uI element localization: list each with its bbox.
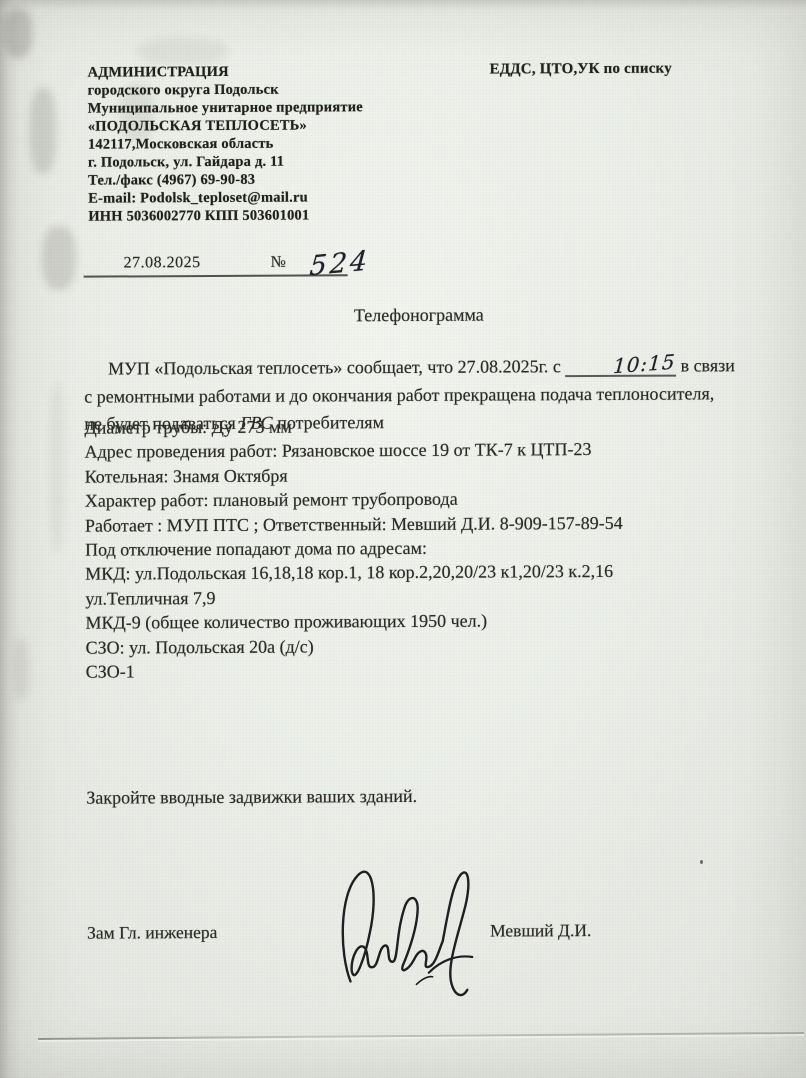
letterhead-line: Тел./факс (4967) 69-90-83 [88,170,363,189]
number-sign: № [271,254,286,275]
document-content: АДМИНИСТРАЦИЯ городского округа Подольск… [0,0,806,1078]
detail-line-affected-header: Под отключение попадают дома по адресам: [85,534,755,562]
document-date: 27.08.2025 [124,254,201,275]
detail-line-boiler-house: Котельная: Знамя Октября [85,461,755,489]
scanned-page: АДМИНИСТРАЦИЯ городского округа Подольск… [0,0,806,1078]
letterhead-line: E-mail: Podolsk_teploset@mail.ru [88,188,363,207]
handwritten-time: 10:15 [589,352,677,377]
letterhead-line: ИНН 5036002770 КПП 503601001 [88,206,363,225]
detail-line-work-type: Характер работ: плановый ремонт трубопро… [85,485,755,513]
letterhead-line: городского округа Подольск [88,80,363,99]
letterhead-line: 142117,Московская область [88,134,363,153]
signer-name: Мевший Д.И. [490,920,591,942]
message-intro: МУП «Подольская теплосеть» сообщает, что… [108,356,561,378]
addressee-line: ЕДДС, ЦТО,УК по списку [490,61,672,79]
detail-line-szo-1: СЗО-1 [86,656,756,684]
letterhead: АДМИНИСТРАЦИЯ городского округа Подольск… [88,62,364,225]
detail-line-mkd-count: МКД-9 (общее количество проживающих 1950… [85,607,755,635]
detail-line-szo: СЗО: ул. Подольская 20а (д/с) [85,632,755,660]
handwritten-signature [328,852,482,1008]
closing-instruction: Закройте вводные задвижки ваших зданий. [86,786,417,809]
detail-line-mkd-addresses: МКД: ул.Подольская 16,18,18 кор.1, 18 ко… [85,559,755,587]
detail-line-work-address: Адрес проведения работ: Рязановское шосс… [84,437,754,465]
letterhead-line: «ПОДОЛЬСКАЯ ТЕПЛОСЕТЬ» [88,116,363,135]
detail-line-teplichnaya: ул.Тепличная 7,9 [85,583,755,611]
handwritten-doc-number: 524 [309,250,371,278]
signer-position: Зам Гл. инженера [87,922,217,944]
ref-number-line: 27.08.2025 № 524 [83,240,347,277]
letterhead-line: Муниципальное унитарное предприятие [88,98,363,117]
letterhead-line: АДМИНИСТРАЦИЯ [88,62,363,81]
work-details: Диаметр трубы: Ду 273 мм Адрес проведени… [84,412,755,684]
detail-line-pipe-diameter: Диаметр трубы: Ду 273 мм [84,412,754,440]
letterhead-line: г. Подольск, ул. Гайдара д. 11 [88,152,363,171]
detail-line-responsible: Работает : МУП ПТС ; Ответственный: Мевш… [85,510,755,538]
handwritten-time-blank: 10:15 [565,356,676,378]
document-title: Телефонограмма [39,303,799,328]
